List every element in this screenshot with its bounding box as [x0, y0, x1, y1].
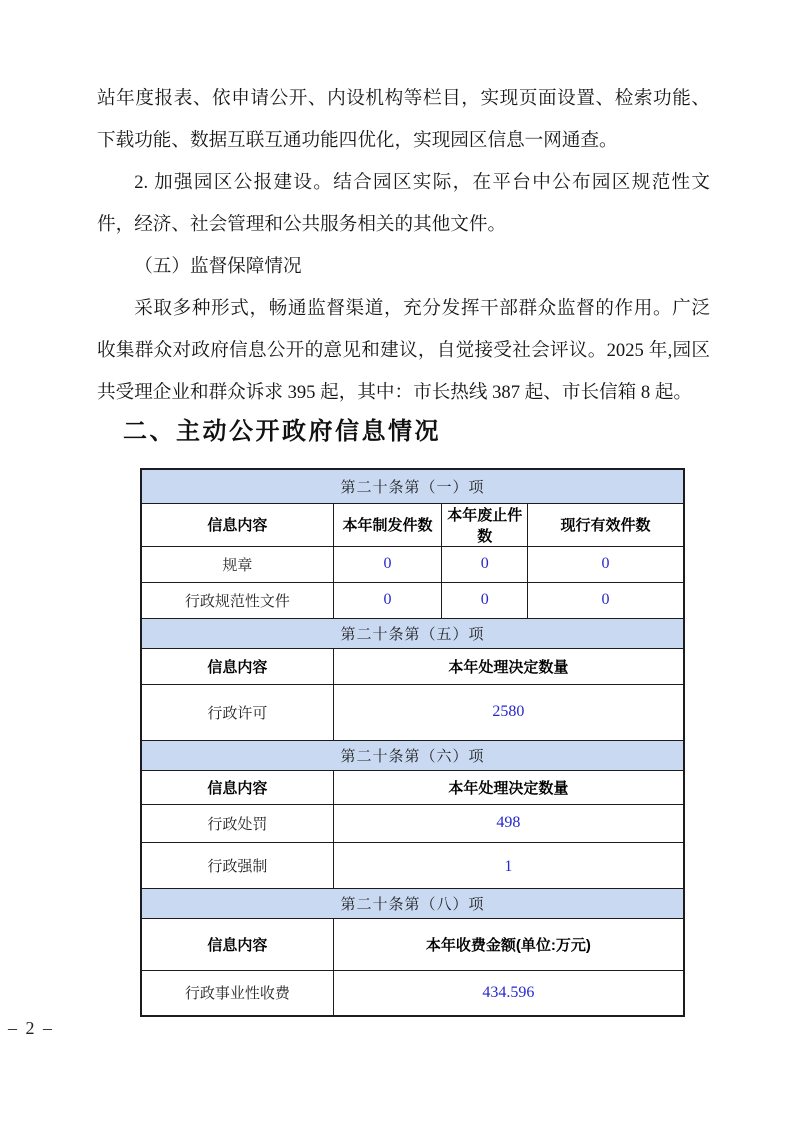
- section-heading: 二、主动公开政府信息情况: [123, 416, 710, 448]
- row-label: 行政强制: [141, 842, 333, 888]
- body-paragraph: 采取多种形式，畅通监督渠道，充分发挥干部群众监督的作用。广泛收集群众对政府信息公…: [97, 288, 710, 414]
- table-header-row: 信息内容 本年制发件数 本年废止件数 现行有效件数: [141, 503, 684, 546]
- cell-value: 0: [528, 546, 684, 582]
- table-row: 行政强制 1: [141, 842, 684, 888]
- cell-value: 1: [333, 842, 684, 888]
- row-label: 行政处罚: [141, 804, 333, 842]
- row-label: 规章: [141, 546, 333, 582]
- table-banner-row: 第二十条第（五）项: [141, 618, 684, 648]
- cell-value: 434.596: [333, 970, 684, 1016]
- cell-value: 0: [333, 582, 442, 618]
- column-header: 信息内容: [141, 770, 333, 804]
- page-content: 站年度报表、依申请公开、内设机构等栏目，实现页面设置、检索功能、下载功能、数据互…: [0, 0, 793, 1017]
- table-banner: 第二十条第（八）项: [141, 888, 684, 918]
- cell-value: 0: [528, 582, 684, 618]
- cell-value: 2580: [333, 684, 684, 740]
- column-header: 信息内容: [141, 503, 333, 546]
- table-banner-row: 第二十条第（八）项: [141, 888, 684, 918]
- table-banner: 第二十条第（一）项: [141, 469, 684, 503]
- table-row: 行政处罚 498: [141, 804, 684, 842]
- cell-value: 0: [333, 546, 442, 582]
- column-header: 现行有效件数: [528, 503, 684, 546]
- table-row: 规章 0 0 0: [141, 546, 684, 582]
- document-page: 站年度报表、依申请公开、内设机构等栏目，实现页面设置、检索功能、下载功能、数据互…: [0, 0, 793, 1122]
- cell-value: 498: [333, 804, 684, 842]
- info-disclosure-table: 第二十条第（一）项 信息内容 本年制发件数 本年废止件数 现行有效件数 规章 0…: [140, 468, 685, 1017]
- column-header: 本年收费金额(单位:万元): [333, 918, 684, 970]
- body-paragraph: 站年度报表、依申请公开、内设机构等栏目，实现页面设置、检索功能、下载功能、数据互…: [97, 78, 710, 162]
- body-paragraph: 2. 加强园区公报建设。结合园区实际，在平台中公布园区规范性文件，经济、社会管理…: [97, 162, 710, 246]
- column-header: 本年废止件数: [442, 503, 528, 546]
- table-banner-row: 第二十条第（一）项: [141, 469, 684, 503]
- row-label: 行政规范性文件: [141, 582, 333, 618]
- table-header-row: 信息内容 本年收费金额(单位:万元): [141, 918, 684, 970]
- table-row: 行政许可 2580: [141, 684, 684, 740]
- column-header: 信息内容: [141, 648, 333, 684]
- column-header: 本年处理决定数量: [333, 648, 684, 684]
- cell-value: 0: [442, 582, 528, 618]
- body-paragraph: （五）监督保障情况: [97, 246, 710, 288]
- row-label: 行政许可: [141, 684, 333, 740]
- table-banner-row: 第二十条第（六）项: [141, 740, 684, 770]
- table-banner: 第二十条第（五）项: [141, 618, 684, 648]
- column-header: 本年处理决定数量: [333, 770, 684, 804]
- table-banner: 第二十条第（六）项: [141, 740, 684, 770]
- column-header: 本年制发件数: [333, 503, 442, 546]
- table-header-row: 信息内容 本年处理决定数量: [141, 648, 684, 684]
- table-row: 行政规范性文件 0 0 0: [141, 582, 684, 618]
- table-row: 行政事业性收费 434.596: [141, 970, 684, 1016]
- page-number: – 2 –: [8, 1018, 54, 1039]
- column-header: 信息内容: [141, 918, 333, 970]
- cell-value: 0: [442, 546, 528, 582]
- row-label: 行政事业性收费: [141, 970, 333, 1016]
- table-header-row: 信息内容 本年处理决定数量: [141, 770, 684, 804]
